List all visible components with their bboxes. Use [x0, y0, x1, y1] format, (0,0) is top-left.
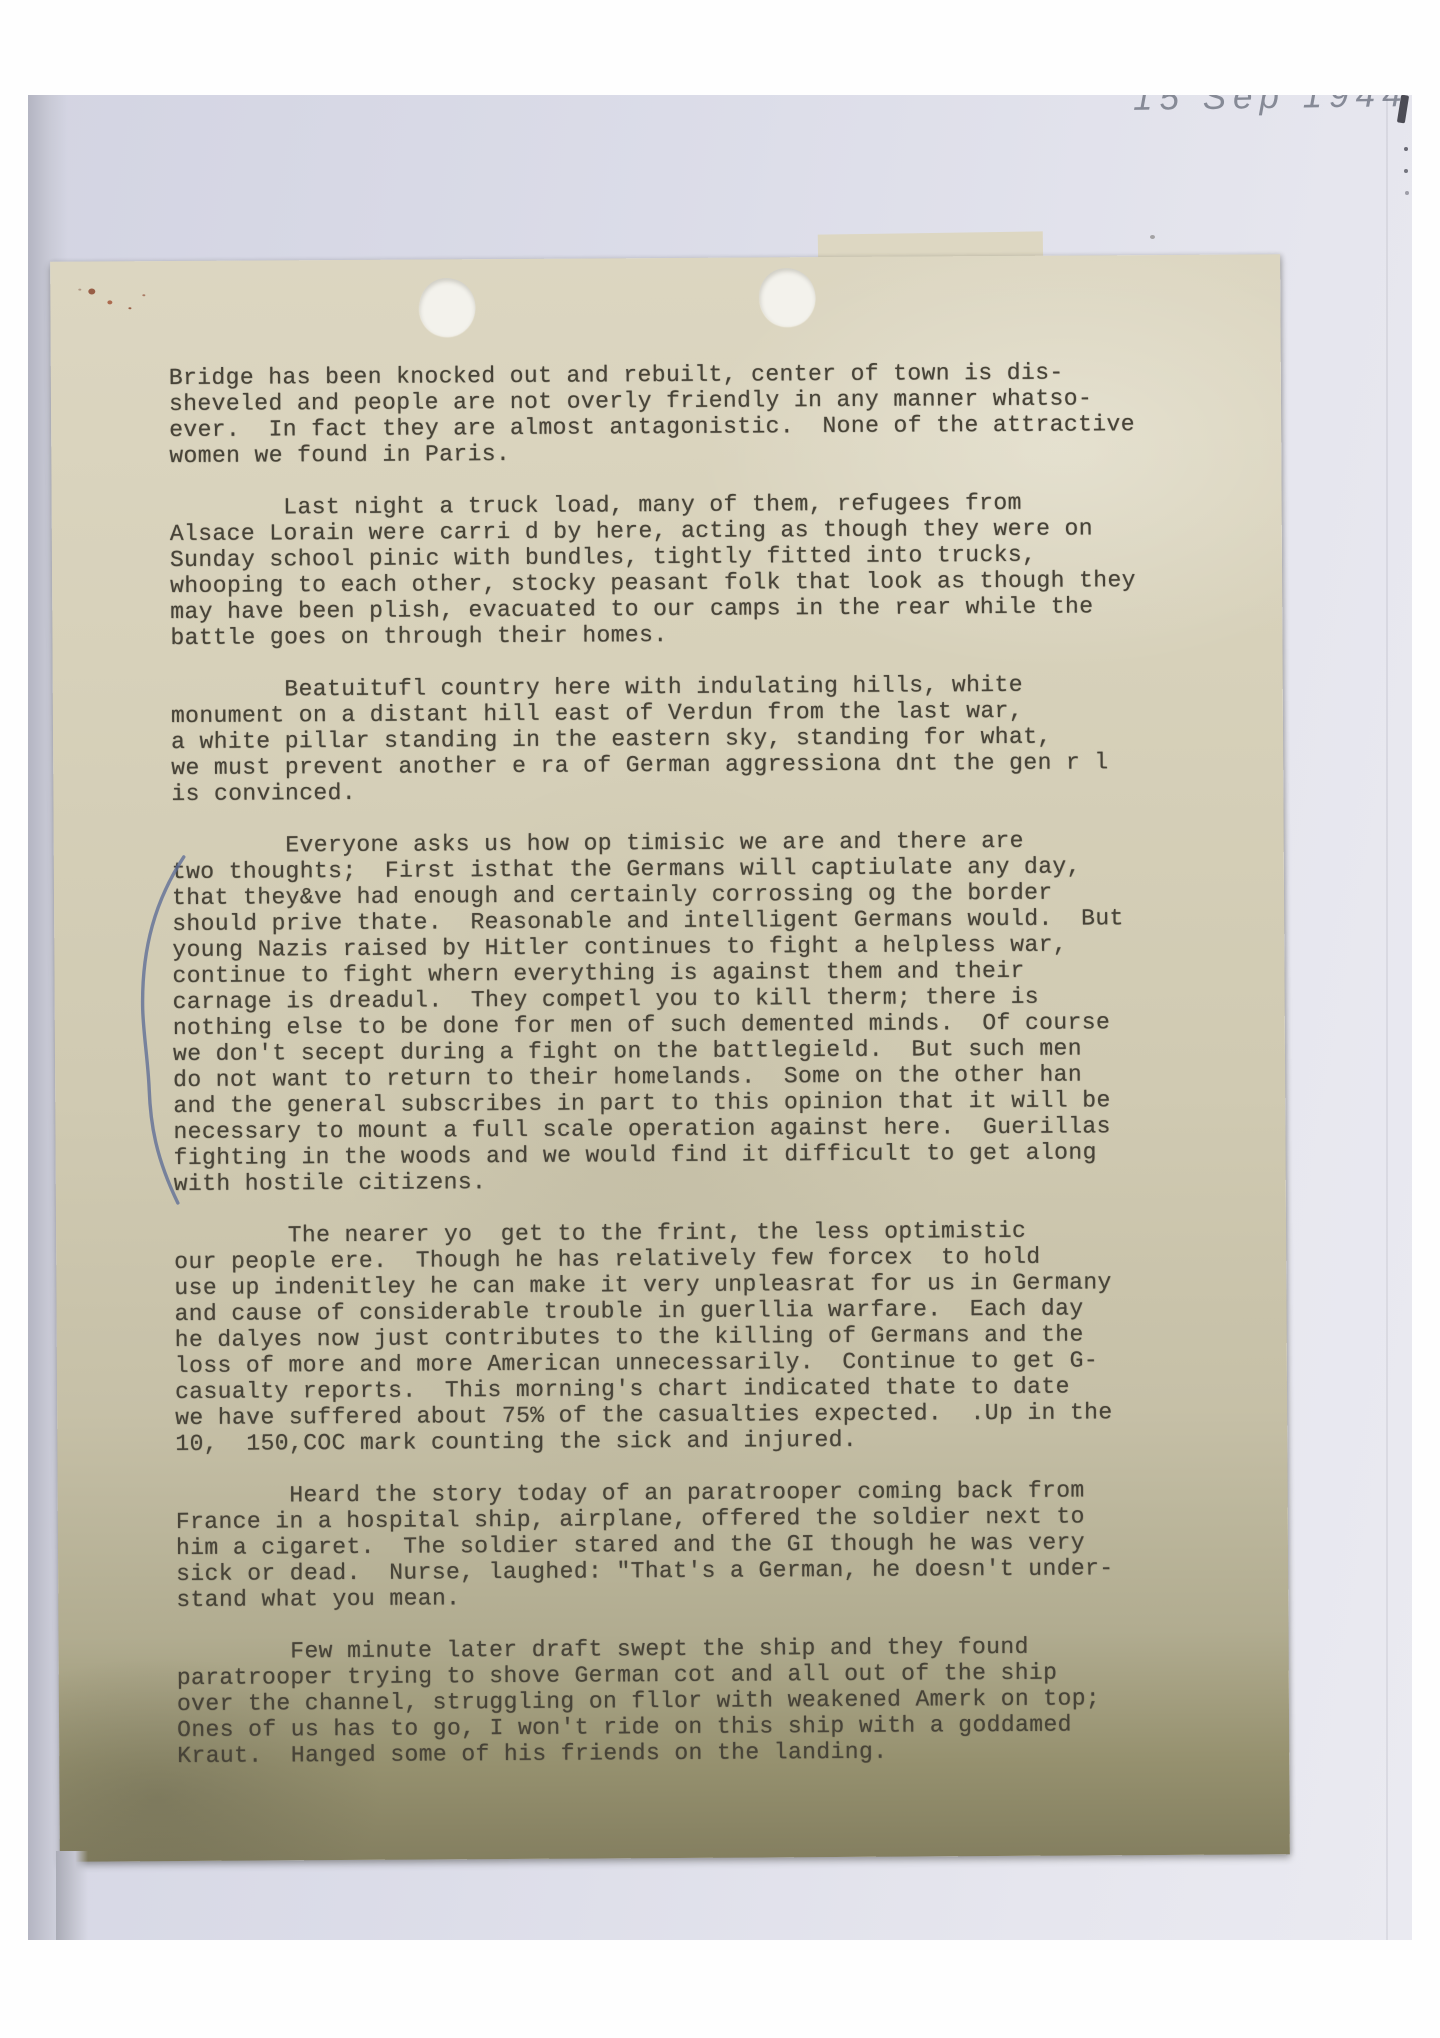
typed-letter-page: Bridge has been knocked out and rebuilt,… — [50, 254, 1290, 1861]
page-edge-dots — [1404, 147, 1408, 151]
stain-specks — [88, 288, 95, 294]
paragraph: Everyone asks us how op timisic we are a… — [172, 826, 1249, 1197]
punch-hole-left — [414, 273, 481, 341]
paragraph: The nearer yo get to the frint, the less… — [174, 1216, 1250, 1457]
album-page: 15 Sep 1944 Bridge has been knocked out … — [28, 95, 1412, 1940]
paragraph: Few minute later draft swept the ship an… — [177, 1632, 1253, 1769]
paragraph: Last night a truck load, many of them, r… — [170, 488, 1246, 651]
scan-background: 15 Sep 1944 Bridge has been knocked out … — [0, 0, 1440, 2038]
paragraph: Bridge has been knocked out and rebuilt,… — [169, 358, 1245, 469]
bottom-page-edges — [56, 1851, 88, 1940]
typed-text: Bridge has been knocked out and rebuilt,… — [169, 358, 1253, 1795]
paragraph: Heard the story today of an paratrooper … — [176, 1476, 1252, 1613]
date-annotation: 15 Sep 1944 — [1133, 95, 1409, 119]
paragraph: Beatuitufl country here with indulating … — [171, 670, 1247, 807]
punch-hole-right — [759, 268, 815, 326]
